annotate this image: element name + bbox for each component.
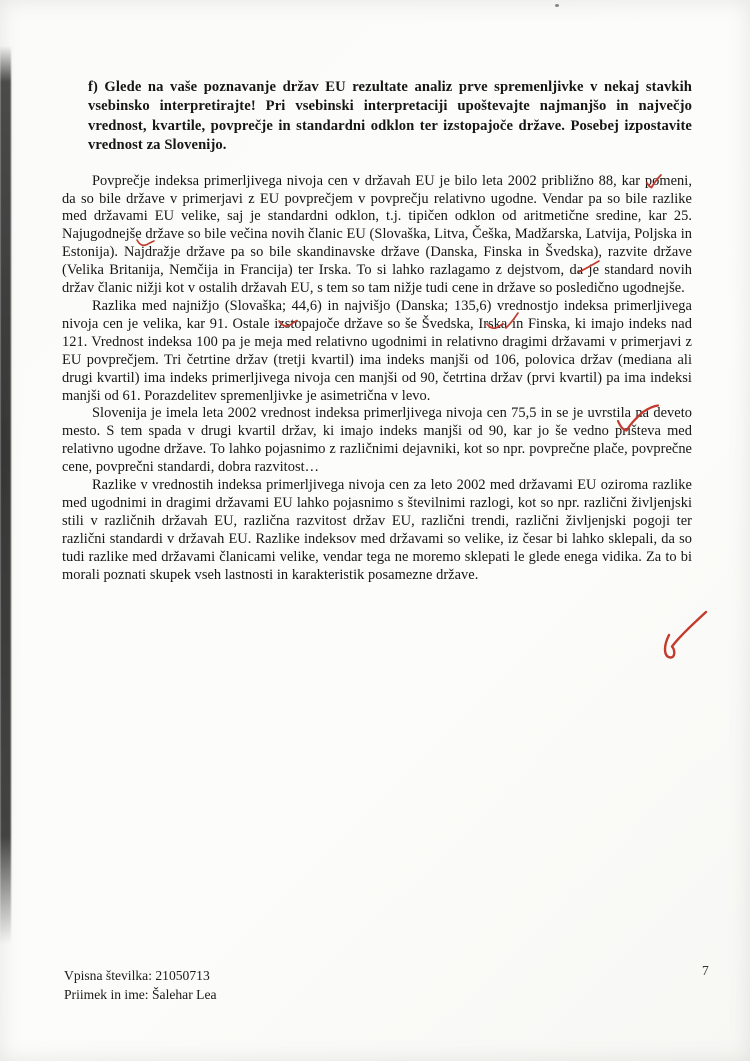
scanned-document-page: f) Glede na vaše poznavanje držav EU rez… — [0, 0, 750, 1061]
paragraph-average-index: Povprečje indeksa primerljivega nivoja c… — [62, 173, 692, 298]
scan-speck — [555, 4, 559, 7]
enrollment-number: Vpisna številka: 21050713 — [64, 967, 217, 986]
paragraph-slovenia: Slovenija je imela leta 2002 vrednost in… — [62, 405, 692, 477]
red-checkmark-page-icon — [660, 608, 712, 664]
page-number: 7 — [702, 963, 709, 979]
paragraph-differences: Razlike v vrednostih indeksa primerljive… — [62, 477, 692, 584]
answer-text: Povprečje indeksa primerljivega nivoja c… — [62, 173, 692, 585]
question-heading: f) Glede na vaše poznavanje držav EU rez… — [88, 78, 692, 156]
footer: Vpisna številka: 21050713 Priimek in ime… — [64, 967, 217, 1004]
scan-edge-shadow — [0, 46, 11, 944]
paragraph-range-quartiles: Razlika med najnižjo (Slovaška; 44,6) in… — [62, 298, 692, 405]
text-column: f) Glede na vaše poznavanje držav EU rez… — [62, 78, 692, 584]
student-name: Priimek in ime: Šalehar Lea — [64, 986, 217, 1005]
